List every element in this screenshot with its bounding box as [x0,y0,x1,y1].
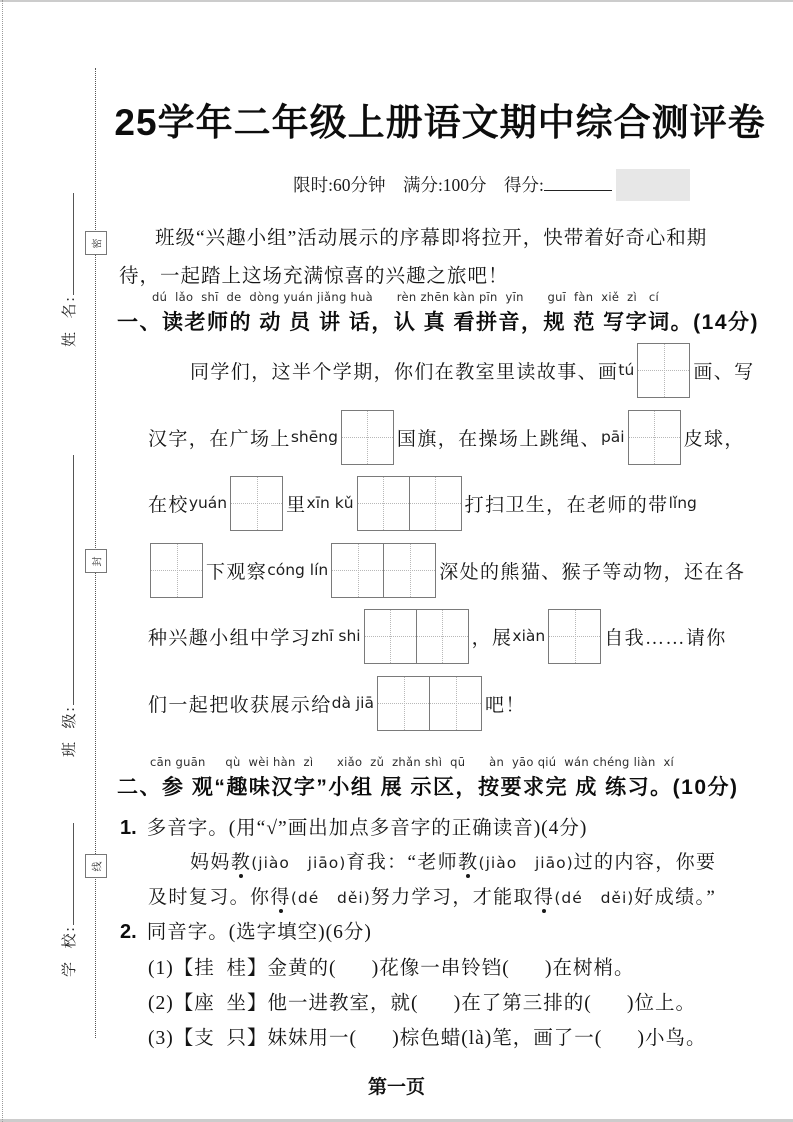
seal-box-mi: 密 [85,231,107,255]
pinyin-text: xiàn [512,627,545,645]
school-blank-line [59,823,74,925]
paper-title: 25学年二年级上册语文期中综合测评卷 [95,92,785,146]
field-class: 班 级: [58,455,79,757]
chinese-text: 同学们，这半个学期，你们在教室里读故事、画 [190,357,618,384]
exam-info-line: 限时:60分钟 满分:100分 得分: [120,172,785,197]
seal-char: 线 [89,861,104,871]
writing-box [150,543,203,598]
writing-box-cell [151,544,202,597]
writing-box [230,476,283,531]
writing-box [637,343,690,398]
scan-edge-top [0,0,793,2]
chinese-text: 努力学习，才能取 [371,882,534,909]
exam-info-text: 限时:60分钟 满分:100分 得分: [293,175,544,195]
seal-char: 密 [89,238,104,248]
left-margin-dotted-line [2,0,3,1122]
field-student-name: 姓 名: [58,193,79,347]
pinyin-text: shēng [291,428,338,446]
chinese-text: 过的内容，你要 [574,847,717,874]
pinyin-text: (jiào jiāo) [479,854,574,872]
section2-heading: 二、参 观“趣味汉字”小组 展 示区，按要求完 成 练习。(10分) [117,771,739,801]
score-blank-line [544,175,612,191]
chinese-text: 教 [458,847,478,874]
page-number: 第一页 [0,1072,793,1099]
writing-box [341,410,394,465]
field-label: 姓 名: [62,295,78,347]
pinyin-text: tú [618,361,634,379]
section2-pinyin: cān guān qù wèi hàn zì xiǎo zǔ zhǎn shì … [150,755,674,769]
question1-number: 1. [120,817,137,840]
fill-line: 们一起把收获展示给dà jiā吧！ [148,674,526,732]
chinese-text: 打扫卫生，在老师的带 [465,490,669,517]
chinese-text: 自我……请你 [604,623,726,650]
chinese-text: 在校 [148,490,189,517]
fill-line: 同学们，这半个学期，你们在教室里读故事、画tú画、写 [190,341,755,399]
section1-heading: 一、读老师的 动 员 讲 话，认 真 看拼音，规 范 写字词。(14分) [117,306,759,336]
writing-box-cell [638,344,689,397]
question2-item: (3)【支 只】妹妹用一( )棕色蜡(là)笔，画了一( )小鸟。 [148,1022,707,1050]
pinyin-text: (jiào jiāo) [251,854,346,872]
writing-box-cell [383,544,435,597]
writing-box-cell [342,411,393,464]
class-blank-line [59,455,74,705]
writing-box-cell [629,411,680,464]
question1-title-row: 1. 多音字。(用“√”画出加点多音字的正确读音)(4分) [120,812,587,840]
pinyin-text: (dé děi) [554,889,634,907]
field-label: 班 级: [62,705,78,757]
writing-box-cell [231,477,282,530]
pinyin-text: yuán [189,494,227,512]
pinyin-text: pāi [601,428,625,446]
pinyin-text: cóng lín [267,561,328,579]
chinese-text: 得 [534,882,554,909]
question2-item: (2)【座 坐】他一进教室，就( )在了第三排的( )位上。 [148,987,696,1015]
pinyin-text: zhī shi [311,627,360,645]
chinese-text: 们一起把收获展示给 [148,690,332,717]
chinese-text: 下观察 [206,557,267,584]
chinese-text: 育我：“老师 [346,847,458,874]
pinyin-text: dà jiā [332,694,374,712]
name-blank-line [59,193,74,295]
writing-box-cell [365,610,416,663]
writing-box-cell [358,477,409,530]
writing-box-cell [378,677,429,730]
writing-box [628,410,681,465]
writing-box [357,476,462,531]
seal-box-xian: 线 [85,854,107,878]
question1-title: 多音字。(用“√”画出加点多音字的正确读音)(4分) [147,812,588,840]
chinese-text: 深处的熊猫、猴子等动物，还在各 [439,557,745,584]
writing-box-cell [429,677,481,730]
chinese-text: 好成绩。” [634,882,716,909]
writing-box [364,609,469,664]
field-school: 学 校: [58,823,79,977]
field-label: 学 校: [62,925,78,977]
question2-title: 同音字。(选字填空)(6分) [147,916,372,944]
intro-line: 班级“兴趣小组”活动展示的序幕即将拉开，快带着好奇心和期 [155,222,707,250]
fill-line: 在校yuán里xīn kǔ打扫卫生，在老师的带lǐng [148,474,697,532]
question1-text-line: 妈妈教(jiào jiāo)育我：“老师教(jiào jiāo)过的内容，你要 [190,847,716,874]
chinese-text: 画、写 [693,357,754,384]
test-paper-page: 密 封 线 姓 名: 班 级: 学 校: 25学年二年级上册语文期中综合测评卷 … [0,0,793,1122]
writing-box [331,543,436,598]
intro-line: 待，一起踏上这场充满惊喜的兴趣之旅吧！ [119,260,509,288]
writing-box [377,676,482,731]
pinyin-text: xīn kǔ [307,494,354,512]
question2-item: (1)【挂 桂】金黄的( )花像一串铃铛( )在树梢。 [148,952,634,980]
chinese-text: 吧！ [485,690,526,717]
chinese-text: 妈妈 [190,847,231,874]
fill-line: 汉字，在广场上shēng国旗，在操场上跳绳、pāi皮球， [148,408,745,466]
seal-char: 封 [89,556,104,566]
chinese-text: 教 [231,847,251,874]
writing-box-cell [332,544,383,597]
chinese-text: ，展 [472,623,513,650]
pinyin-text: lǐng [669,494,697,512]
chinese-text: 皮球， [684,424,745,451]
fill-line: 下观察cóng lín深处的熊猫、猴子等动物，还在各 [147,541,745,599]
writing-box-cell [416,610,468,663]
chinese-text: 里 [286,490,306,517]
fill-line: 种兴趣小组中学习zhī shi，展xiàn自我……请你 [148,607,727,665]
seal-box-feng: 封 [85,549,107,573]
section1-pinyin: dú lǎo shī de dòng yuán jiǎng huà rèn zh… [152,290,659,304]
writing-box-cell [409,477,461,530]
chinese-text: 及时复习。你 [148,882,270,909]
question2-number: 2. [120,921,137,944]
chinese-text: 种兴趣小组中学习 [148,623,311,650]
writing-box [548,609,601,664]
question2-title-row: 2. 同音字。(选字填空)(6分) [120,916,372,944]
question1-text-line: 及时复习。你得(dé děi)努力学习，才能取得(dé děi)好成绩。” [148,882,716,909]
chinese-text: 国旗，在操场上跳绳、 [397,424,601,451]
pinyin-text: (dé děi) [291,889,371,907]
chinese-text: 得 [270,882,290,909]
chinese-text: 汉字，在广场上 [148,424,291,451]
writing-box-cell [549,610,600,663]
